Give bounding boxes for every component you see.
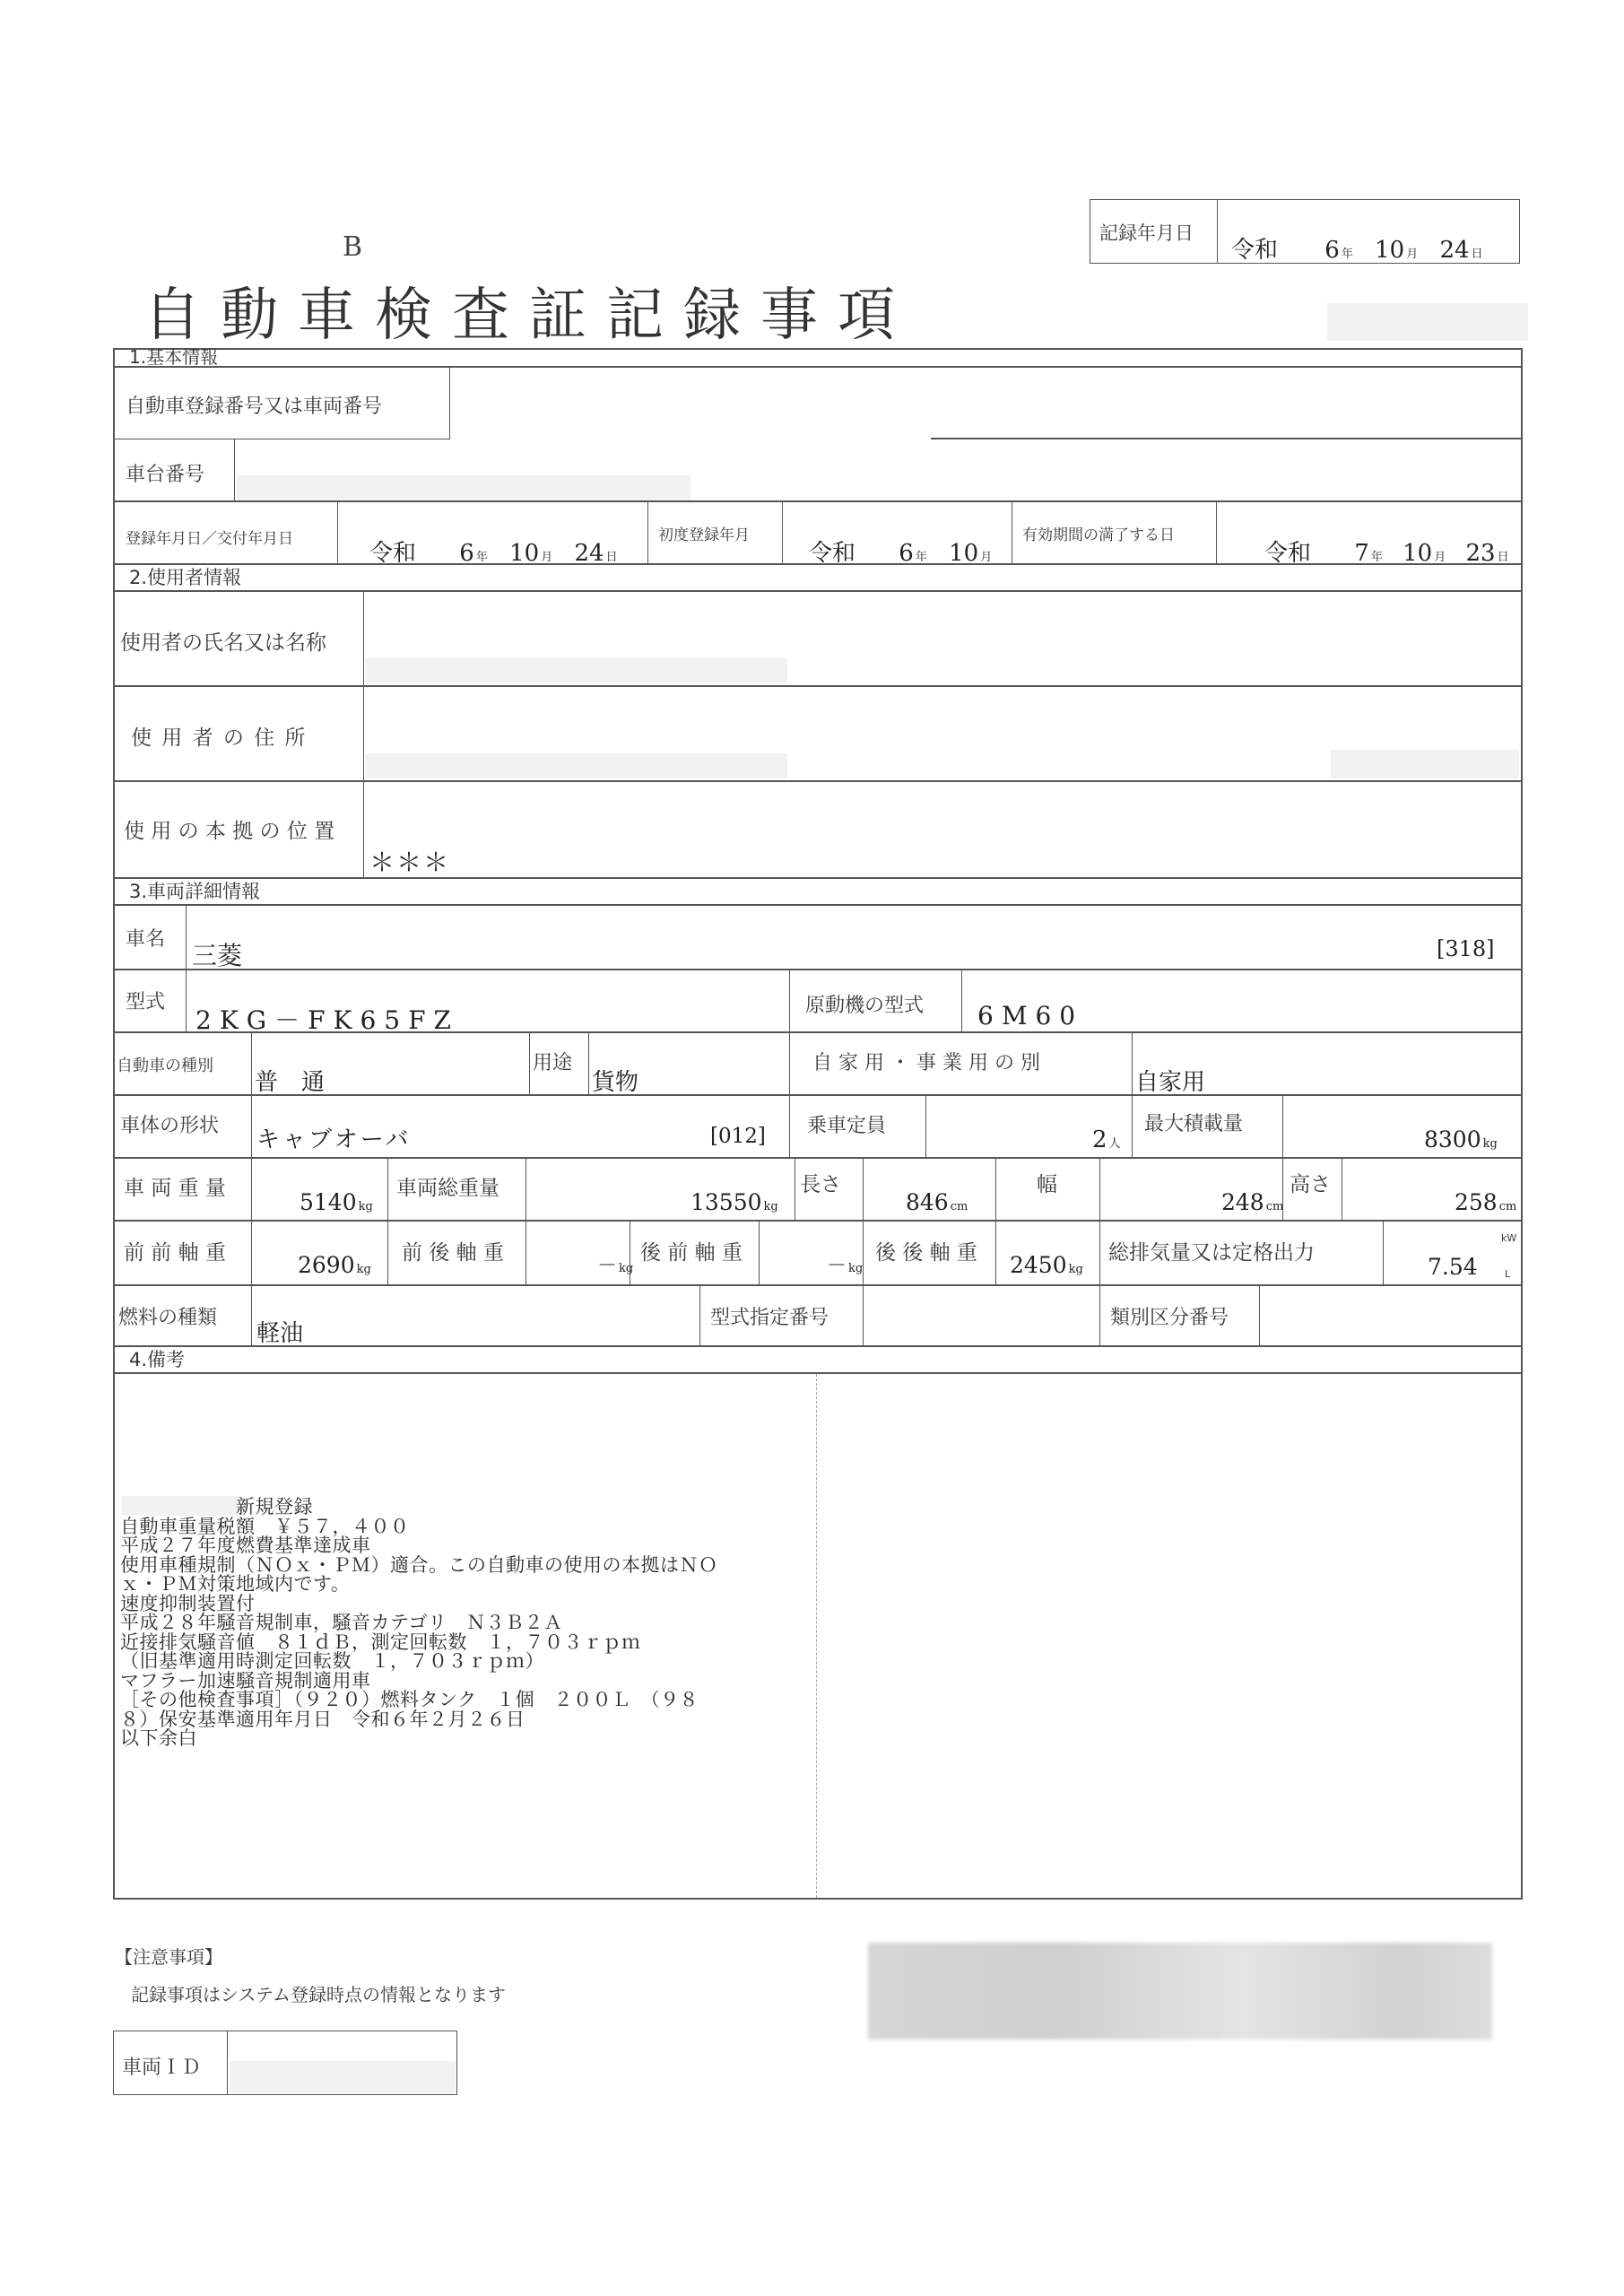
user-name-redacted	[366, 658, 787, 683]
fuel-label: 燃料の種類	[118, 1302, 217, 1330]
unit-kg: kg	[357, 1263, 371, 1276]
width-number: 248	[1221, 1189, 1264, 1215]
usage-label: 用途	[533, 1048, 572, 1075]
notice-text: 記録事項はシステム登録時点の情報となります	[131, 1980, 506, 2006]
issue-date-label: 登録年月日／交付年月日	[126, 526, 293, 548]
model-value: 2KG－FK65FZ	[195, 1001, 459, 1037]
era: 令和	[1264, 540, 1311, 567]
year: 6	[459, 540, 474, 567]
private-business-value: 自家用	[1135, 1064, 1205, 1097]
first-registration-value: 令和 6年 10月	[809, 535, 992, 568]
unit-day: 日	[606, 551, 618, 564]
front-front-axle-label: 前 前 軸 重	[124, 1236, 226, 1265]
width-label: 幅	[1037, 1168, 1057, 1197]
unit-month: 月	[980, 551, 992, 564]
remarks-text: 新規登録 自動車重量税額 ￥５７，４００ 平成２７年度燃費基準達成車 使用車種規…	[120, 1498, 718, 1749]
day: 23	[1465, 540, 1495, 567]
section-3-title: 3.車両詳細情報	[113, 879, 260, 904]
displacement-label: 総排気量又は定格出力	[1108, 1236, 1315, 1265]
unit-kg: kg	[764, 1200, 778, 1213]
expiry-date-label: 有効期間の満了する日	[1022, 522, 1175, 544]
unit-day: 日	[1498, 551, 1509, 564]
length-number: 846	[906, 1189, 949, 1215]
expiry-date-value: 令和 7年 10月 23日	[1264, 535, 1509, 568]
max-load-label: 最大積載量	[1144, 1109, 1243, 1136]
width-value: 248cm	[1221, 1189, 1283, 1215]
rf-axle-number: －	[827, 1255, 847, 1277]
height-label: 高さ	[1290, 1168, 1331, 1197]
capacity-value: 2人	[1092, 1126, 1121, 1153]
base-location-value: ＊＊＊	[369, 843, 450, 879]
private-business-label: 自 家 用 ・ 事 業 用 の 別	[812, 1048, 1040, 1075]
year: 6	[1324, 237, 1340, 264]
registration-number-label: 自動車登録番号又は車両番号	[126, 391, 382, 419]
category-number-label: 類別区分番号	[1110, 1302, 1229, 1330]
vehicle-weight-value: 5140kg	[300, 1189, 373, 1215]
unit-kg: kg	[1483, 1137, 1498, 1151]
capacity-number: 2	[1092, 1126, 1107, 1153]
month: 10	[1375, 237, 1404, 264]
unit-year: 年	[476, 551, 488, 564]
first-registration-label: 初度登録年月	[658, 522, 750, 544]
unit-kg: kg	[1069, 1263, 1083, 1276]
user-name-label: 使用者の氏名又は名称	[120, 626, 326, 656]
vehicle-name-value: 三菱	[192, 936, 242, 972]
unit-cm: cm	[951, 1200, 968, 1213]
rear-front-axle-value: －kg	[827, 1250, 863, 1278]
max-load-value: 8300kg	[1424, 1126, 1498, 1152]
ff-axle-number: 2690	[298, 1252, 355, 1278]
page-title: 自動車検査証記録事項	[143, 269, 915, 352]
unit-cm: cm	[1266, 1200, 1284, 1213]
max-load-number: 8300	[1424, 1126, 1481, 1152]
vehicle-id-redacted	[230, 2061, 456, 2093]
section-2-title: 2.使用者情報	[113, 565, 241, 590]
unit-cm: cm	[1499, 1200, 1517, 1213]
era: 令和	[1231, 237, 1278, 264]
type-designation-label: 型式指定番号	[710, 1302, 829, 1330]
unit-kg: kg	[359, 1200, 373, 1213]
vehicle-weight-label: 車 両 重 量	[124, 1171, 226, 1201]
chassis-number-redacted	[237, 475, 690, 500]
redacted-area	[1327, 303, 1528, 341]
day: 24	[1439, 237, 1469, 264]
displacement-unit-l: L	[1505, 1268, 1510, 1280]
record-date-value: 令和 6年 10月 24日	[1231, 231, 1483, 265]
day: 24	[574, 540, 604, 567]
gross-weight-value: 13550kg	[690, 1189, 778, 1215]
rr-axle-number: 2450	[1010, 1252, 1067, 1278]
era: 令和	[809, 540, 855, 567]
redacted-stamp-area	[868, 1943, 1492, 2039]
rear-rear-axle-value: 2450kg	[1010, 1252, 1083, 1278]
fr-axle-number: －	[597, 1255, 617, 1277]
user-address-redacted	[366, 753, 787, 778]
front-rear-axle-label: 前 後 軸 重	[402, 1236, 504, 1265]
front-front-axle-value: 2690kg	[298, 1252, 371, 1278]
engine-model-value: 6M60	[977, 1001, 1083, 1031]
capacity-unit: 人	[1109, 1137, 1121, 1151]
vehicle-name-code: [318]	[1437, 936, 1495, 961]
rear-rear-axle-label: 後 後 軸 重	[875, 1236, 977, 1265]
fuel-value: 軽油	[256, 1315, 303, 1348]
month: 10	[1403, 540, 1432, 567]
gross-weight-number: 13550	[690, 1189, 762, 1215]
month: 10	[949, 540, 978, 567]
displacement-unit-kw: kW	[1501, 1232, 1516, 1244]
month: 10	[509, 540, 539, 567]
year: 7	[1354, 540, 1369, 567]
unit-kg: kg	[848, 1262, 863, 1275]
unit-month: 月	[1406, 248, 1418, 261]
record-date-label: 記録年月日	[1099, 219, 1194, 246]
usage-value: 貨物	[592, 1064, 638, 1097]
vehicle-id-label: 車両ＩＤ	[122, 2052, 201, 2080]
front-rear-axle-value: －kg	[597, 1250, 633, 1278]
chassis-number-label: 車台番号	[126, 459, 204, 487]
model-label: 型式	[126, 987, 165, 1014]
unit-kg: kg	[619, 1262, 633, 1275]
unit-year: 年	[916, 551, 927, 564]
issue-date-value: 令和 6年 10月 24日	[369, 535, 618, 568]
unit-day: 日	[1472, 248, 1483, 261]
capacity-label: 乗車定員	[807, 1110, 886, 1138]
height-number: 258	[1455, 1189, 1498, 1215]
height-value: 258cm	[1455, 1189, 1516, 1215]
gross-weight-label: 車両総重量	[396, 1171, 499, 1201]
variant-letter: B	[343, 231, 362, 263]
vehicle-name-label: 車名	[126, 924, 165, 952]
vehicle-type-label: 自動車の種別	[117, 1053, 213, 1076]
body-shape-code: [012]	[710, 1125, 766, 1148]
unit-year: 年	[1342, 248, 1353, 261]
unit-month: 月	[1434, 551, 1446, 564]
length-value: 846cm	[906, 1189, 968, 1215]
section-4-title: 4.備考	[113, 1347, 185, 1372]
body-shape-value: キャブオーバ	[256, 1121, 411, 1154]
vehicle-type-value: 普 通	[255, 1064, 325, 1097]
user-address-label: 使 用 者 の 住 所	[131, 721, 308, 751]
length-label: 長さ	[800, 1168, 841, 1197]
section-1-title: 1.基本情報	[113, 346, 218, 368]
body-shape-label: 車体の形状	[120, 1110, 219, 1138]
rear-front-axle-label: 後 前 軸 重	[640, 1236, 743, 1265]
displacement-value: 7.54	[1428, 1254, 1478, 1280]
user-address-redacted-2	[1331, 750, 1519, 778]
engine-model-label: 原動機の型式	[805, 990, 924, 1018]
unit-year: 年	[1371, 551, 1383, 564]
base-location-label: 使 用 の 本 拠 の 位 置	[124, 814, 334, 844]
year: 6	[899, 540, 914, 567]
notice-title: 【注意事項】	[115, 1943, 222, 1969]
vehicle-weight-number: 5140	[300, 1189, 357, 1215]
era: 令和	[369, 540, 416, 567]
unit-month: 月	[541, 551, 552, 564]
remarks-divider	[816, 1374, 817, 1898]
